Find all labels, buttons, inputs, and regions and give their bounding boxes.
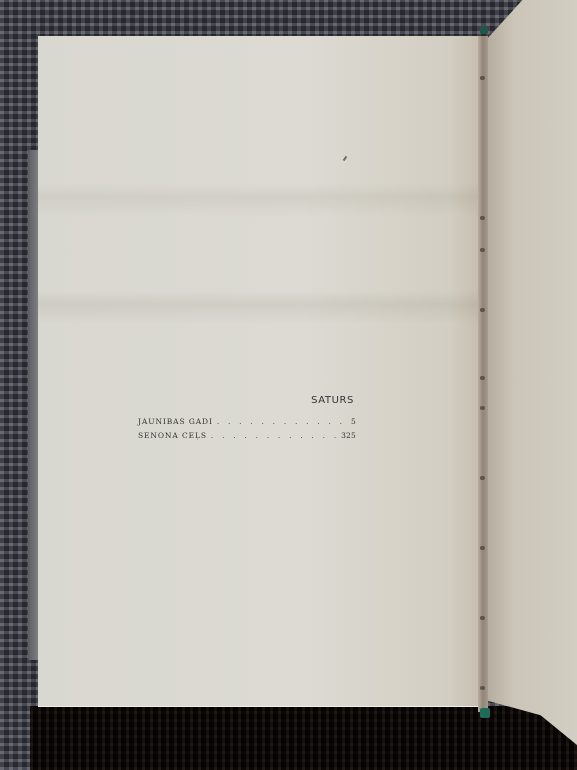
toc-title: SATURS: [138, 395, 356, 406]
mat-shadow-area: [30, 706, 577, 770]
stitch-mark: [480, 686, 485, 690]
cover-cloth-fleck: [480, 26, 488, 34]
paper-speck: [343, 156, 348, 161]
stitch-mark: [480, 616, 485, 620]
stitch-mark: [480, 308, 485, 312]
stitch-mark: [480, 376, 485, 380]
cover-cloth-fleck: [480, 708, 490, 718]
stitch-mark: [480, 216, 485, 220]
left-page: [38, 36, 484, 706]
toc-leader-dots: . . . . . . . . . . . . . . . . . . . . …: [211, 431, 337, 440]
toc-entry-page: 5: [351, 417, 356, 426]
stitch-mark: [480, 546, 485, 550]
toc-entry-label: JAUNIBAS GADI: [138, 417, 213, 426]
stitch-mark: [480, 248, 485, 252]
stitch-mark: [480, 76, 485, 80]
toc-entry: SENONA CEĻS . . . . . . . . . . . . . . …: [138, 431, 356, 445]
toc-leader-dots: . . . . . . . . . . . . . . . . . . . . …: [217, 417, 347, 426]
book-gutter-stitching: [478, 36, 488, 712]
toc-entry-page: 325: [341, 431, 356, 440]
right-page: [486, 0, 577, 745]
table-of-contents: SATURS JAUNIBAS GADI . . . . . . . . . .…: [138, 395, 356, 445]
stitch-mark: [480, 476, 485, 480]
toc-entry: JAUNIBAS GADI . . . . . . . . . . . . . …: [138, 417, 356, 431]
stitch-mark: [480, 406, 485, 410]
toc-entry-label: SENONA CEĻS: [138, 431, 207, 440]
